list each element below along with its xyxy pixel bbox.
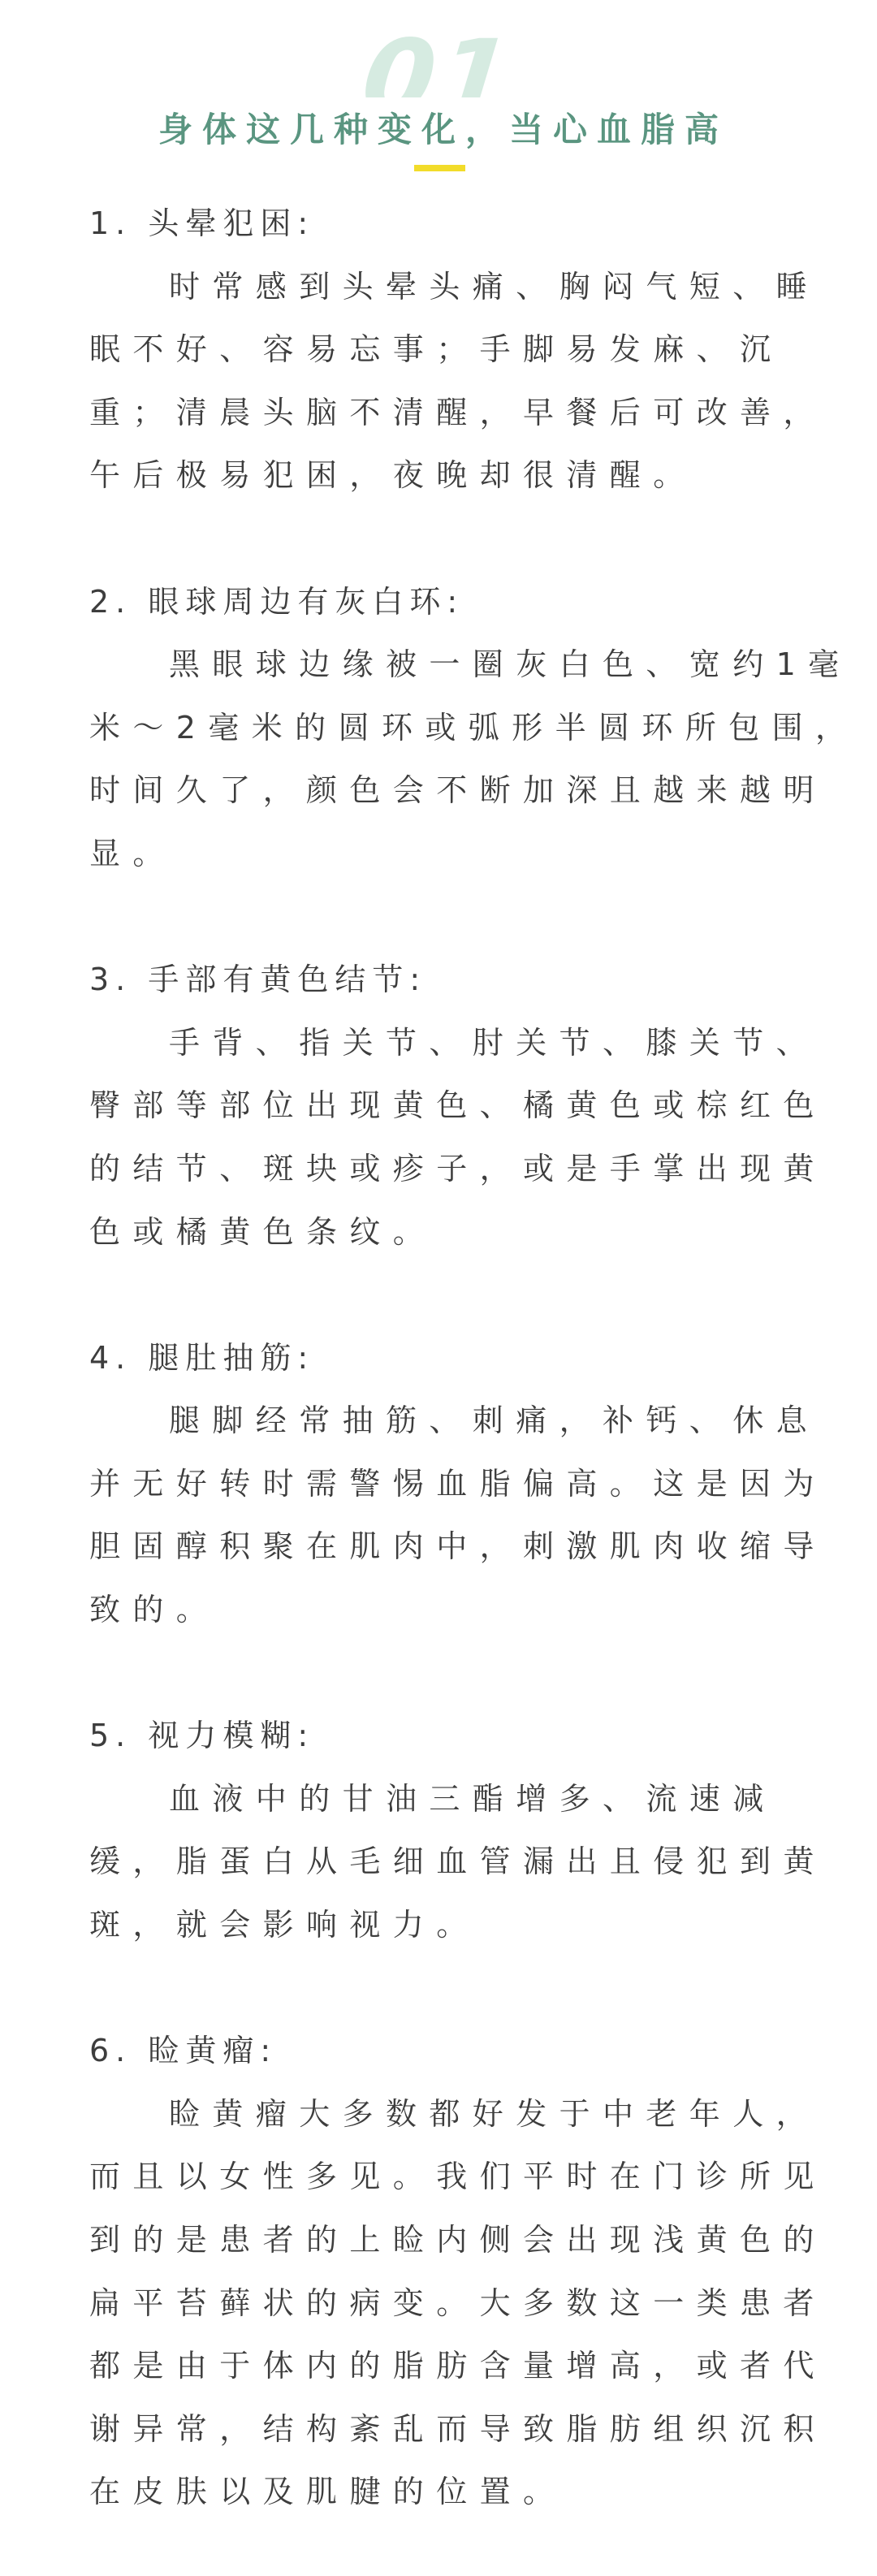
paragraph-line: 腿脚经常抽筋、刺痛，补钙、休息 [89,1390,796,1453]
paragraph-line: 都是由于体内的脂肪含量增高，或者代 [89,2335,796,2398]
section-eye-ring: 2. 眼球周边有灰白环: 黑眼球边缘被一圈灰白色、宽约1毫 米～2毫米的圆环或弧… [89,571,796,886]
section-heading: 3. 手部有黄色结节: [89,949,796,1012]
paragraph-line: 血液中的甘油三酯增多、流速减 [89,1768,796,1831]
paragraph-line: 重；清晨头脑不清醒，早餐后可改善， [89,382,796,445]
paragraph-line: 斑，就会影响视力。 [89,1894,796,1957]
paragraph-line: 并无好转时需警惕血脂偏高。这是因为 [89,1453,796,1516]
paragraph-line: 眠不好、容易忘事；手脚易发麻、沉 [89,318,796,382]
paragraph-line: 在皮肤以及肌腱的位置。 [89,2461,796,2524]
paragraph-line: 谢异常，结构紊乱而导致脂肪组织沉积 [89,2398,796,2461]
spacer [89,1642,796,1705]
paragraph-line: 时常感到头晕头痛、胸闷气短、睡 [89,256,796,319]
paragraph-line: 睑黄瘤大多数都好发于中老年人， [89,2083,796,2146]
spacer [89,886,796,949]
paragraph-line: 臀部等部位出现黄色、橘黄色或棕红色 [89,1074,796,1138]
paragraph-line: 黑眼球边缘被一圈灰白色、宽约1毫 [89,633,796,697]
section-hand-nodules: 3. 手部有黄色结节: 手背、指关节、肘关节、膝关节、 臀部等部位出现黄色、橘黄… [89,949,796,1264]
section-heading: 6. 睑黄瘤: [89,2020,796,2083]
spacer [89,1264,796,1327]
paragraph-line: 色或橘黄色条纹。 [89,1201,796,1264]
page-title: 身体这几种变化，当心血脂高 [0,106,877,154]
paragraph-line: 时间久了，颜色会不断加深且越来越明 [89,759,796,823]
section-leg-cramps: 4. 腿肚抽筋: 腿脚经常抽筋、刺痛，补钙、休息 并无好转时需警惕血脂偏高。这是… [89,1327,796,1642]
section-number-watermark: 01 [0,18,877,97]
paragraph-line: 的结节、斑块或疹子，或是手掌出现黄 [89,1138,796,1201]
spacer [89,508,796,571]
section-number: 01 [356,18,521,97]
paragraph-line: 到的是患者的上睑内侧会出现浅黄色的 [89,2209,796,2272]
spacer [89,1957,796,2021]
title-underline-accent [414,165,465,171]
paragraph-line: 缓，脂蛋白从毛细血管漏出且侵犯到黄 [89,1830,796,1894]
paragraph-line: 午后极易犯困，夜晚却很清醒。 [89,444,796,508]
paragraph-line: 米～2毫米的圆环或弧形半圆环所包围， [89,697,796,760]
paragraph-line: 显。 [89,823,796,886]
paragraph-line: 手背、指关节、肘关节、膝关节、 [89,1012,796,1075]
section-heading: 4. 腿肚抽筋: [89,1327,796,1390]
section-blurred-vision: 5. 视力模糊: 血液中的甘油三酯增多、流速减 缓，脂蛋白从毛细血管漏出且侵犯到… [89,1705,796,1956]
section-heading: 2. 眼球周边有灰白环: [89,571,796,634]
section-heading: 5. 视力模糊: [89,1705,796,1768]
section-xanthelasma: 6. 睑黄瘤: 睑黄瘤大多数都好发于中老年人， 而且以女性多见。我们平时在门诊所… [89,2020,796,2524]
paragraph-line: 胆固醇积聚在肌肉中，刺激肌肉收缩导 [89,1515,796,1579]
paragraph-line: 致的。 [89,1579,796,1642]
article-body: 1. 头晕犯困: 时常感到头晕头痛、胸闷气短、睡 眠不好、容易忘事；手脚易发麻、… [89,192,796,2524]
section-heading: 1. 头晕犯困: [89,192,796,256]
section-dizziness: 1. 头晕犯困: 时常感到头晕头痛、胸闷气短、睡 眠不好、容易忘事；手脚易发麻、… [89,192,796,508]
paragraph-line: 扁平苔藓状的病变。大多数这一类患者 [89,2272,796,2336]
paragraph-line: 而且以女性多见。我们平时在门诊所见 [89,2146,796,2209]
